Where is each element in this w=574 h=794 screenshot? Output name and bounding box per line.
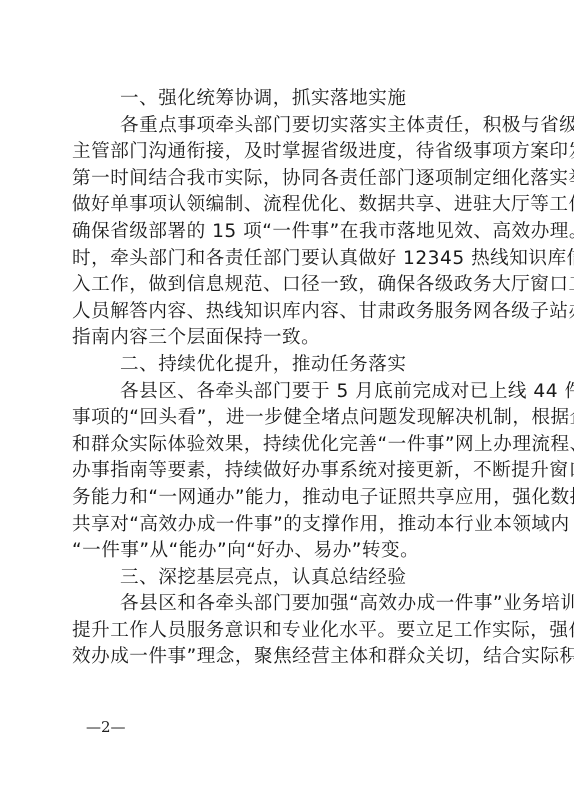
document-body: 一、强化统筹协调，抓实落地实施 各重点事项牵头部门要切实落实主体责任，积极与省级…	[72, 86, 506, 671]
paragraph-line: 共享对“高效办成一件事”的支撑作用，推动本行业本领域内	[72, 512, 506, 539]
paragraph-line: 第一时间结合我市实际，协同各责任部门逐项制定细化落实举措，	[72, 166, 506, 193]
paragraph-line: 确保省级部署的 15 项“一件事”在我市落地见效、高效办理。同	[72, 219, 506, 246]
paragraph-line: 主管部门沟通衔接，及时掌握省级进度，待省级事项方案印发后，	[72, 139, 506, 166]
paragraph-line: “一件事”从“能办”向“好办、易办”转变。	[72, 538, 506, 565]
paragraph-line: 和群众实际体验效果，持续优化完善“一件事”网上办理流程、	[72, 432, 506, 459]
paragraph-line: 入工作，做到信息规范、口径一致，确保各级政务大厅窗口工作	[72, 272, 506, 299]
paragraph-line: 指南内容三个层面保持一致。	[72, 325, 506, 352]
paragraph-line: 务能力和“一网通办”能力，推动电子证照共享应用，强化数据	[72, 485, 506, 512]
paragraph-line: 各县区和各牵头部门要加强“高效办成一件事”业务培训，	[72, 591, 506, 618]
section-heading-1: 一、强化统筹协调，抓实落地实施	[72, 86, 506, 113]
paragraph-line: 人员解答内容、热线知识库内容、甘肃政务服务网各级子站办事	[72, 299, 506, 326]
paragraph-line: 做好单事项认领编制、流程优化、数据共享、进驻大厅等工作，	[72, 192, 506, 219]
paragraph-line: 办事指南等要素，持续做好办事系统对接更新，不断提升窗口服	[72, 458, 506, 485]
paragraph-line: 时，牵头部门和各责任部门要认真做好 12345 热线知识库信息录	[72, 246, 506, 273]
page-number: —2—	[86, 717, 126, 737]
document-page: 一、强化统筹协调，抓实落地实施 各重点事项牵头部门要切实落实主体责任，积极与省级…	[0, 0, 574, 794]
paragraph-line: 效办成一件事”理念，聚焦经营主体和群众关切，结合实际积极	[72, 644, 506, 671]
section-heading-2: 二、持续优化提升，推动任务落实	[72, 352, 506, 379]
paragraph-line: 各县区、各牵头部门要于 5 月底前完成对已上线 44 件重点	[72, 379, 506, 406]
paragraph-line: 各重点事项牵头部门要切实落实主体责任，积极与省级行业	[72, 113, 506, 140]
paragraph-line: 提升工作人员服务意识和专业化水平。要立足工作实际，强化“高	[72, 618, 506, 645]
paragraph-line: 事项的“回头看”，进一步健全堵点问题发现解决机制，根据企业	[72, 405, 506, 432]
section-heading-3: 三、深挖基层亮点，认真总结经验	[72, 565, 506, 592]
